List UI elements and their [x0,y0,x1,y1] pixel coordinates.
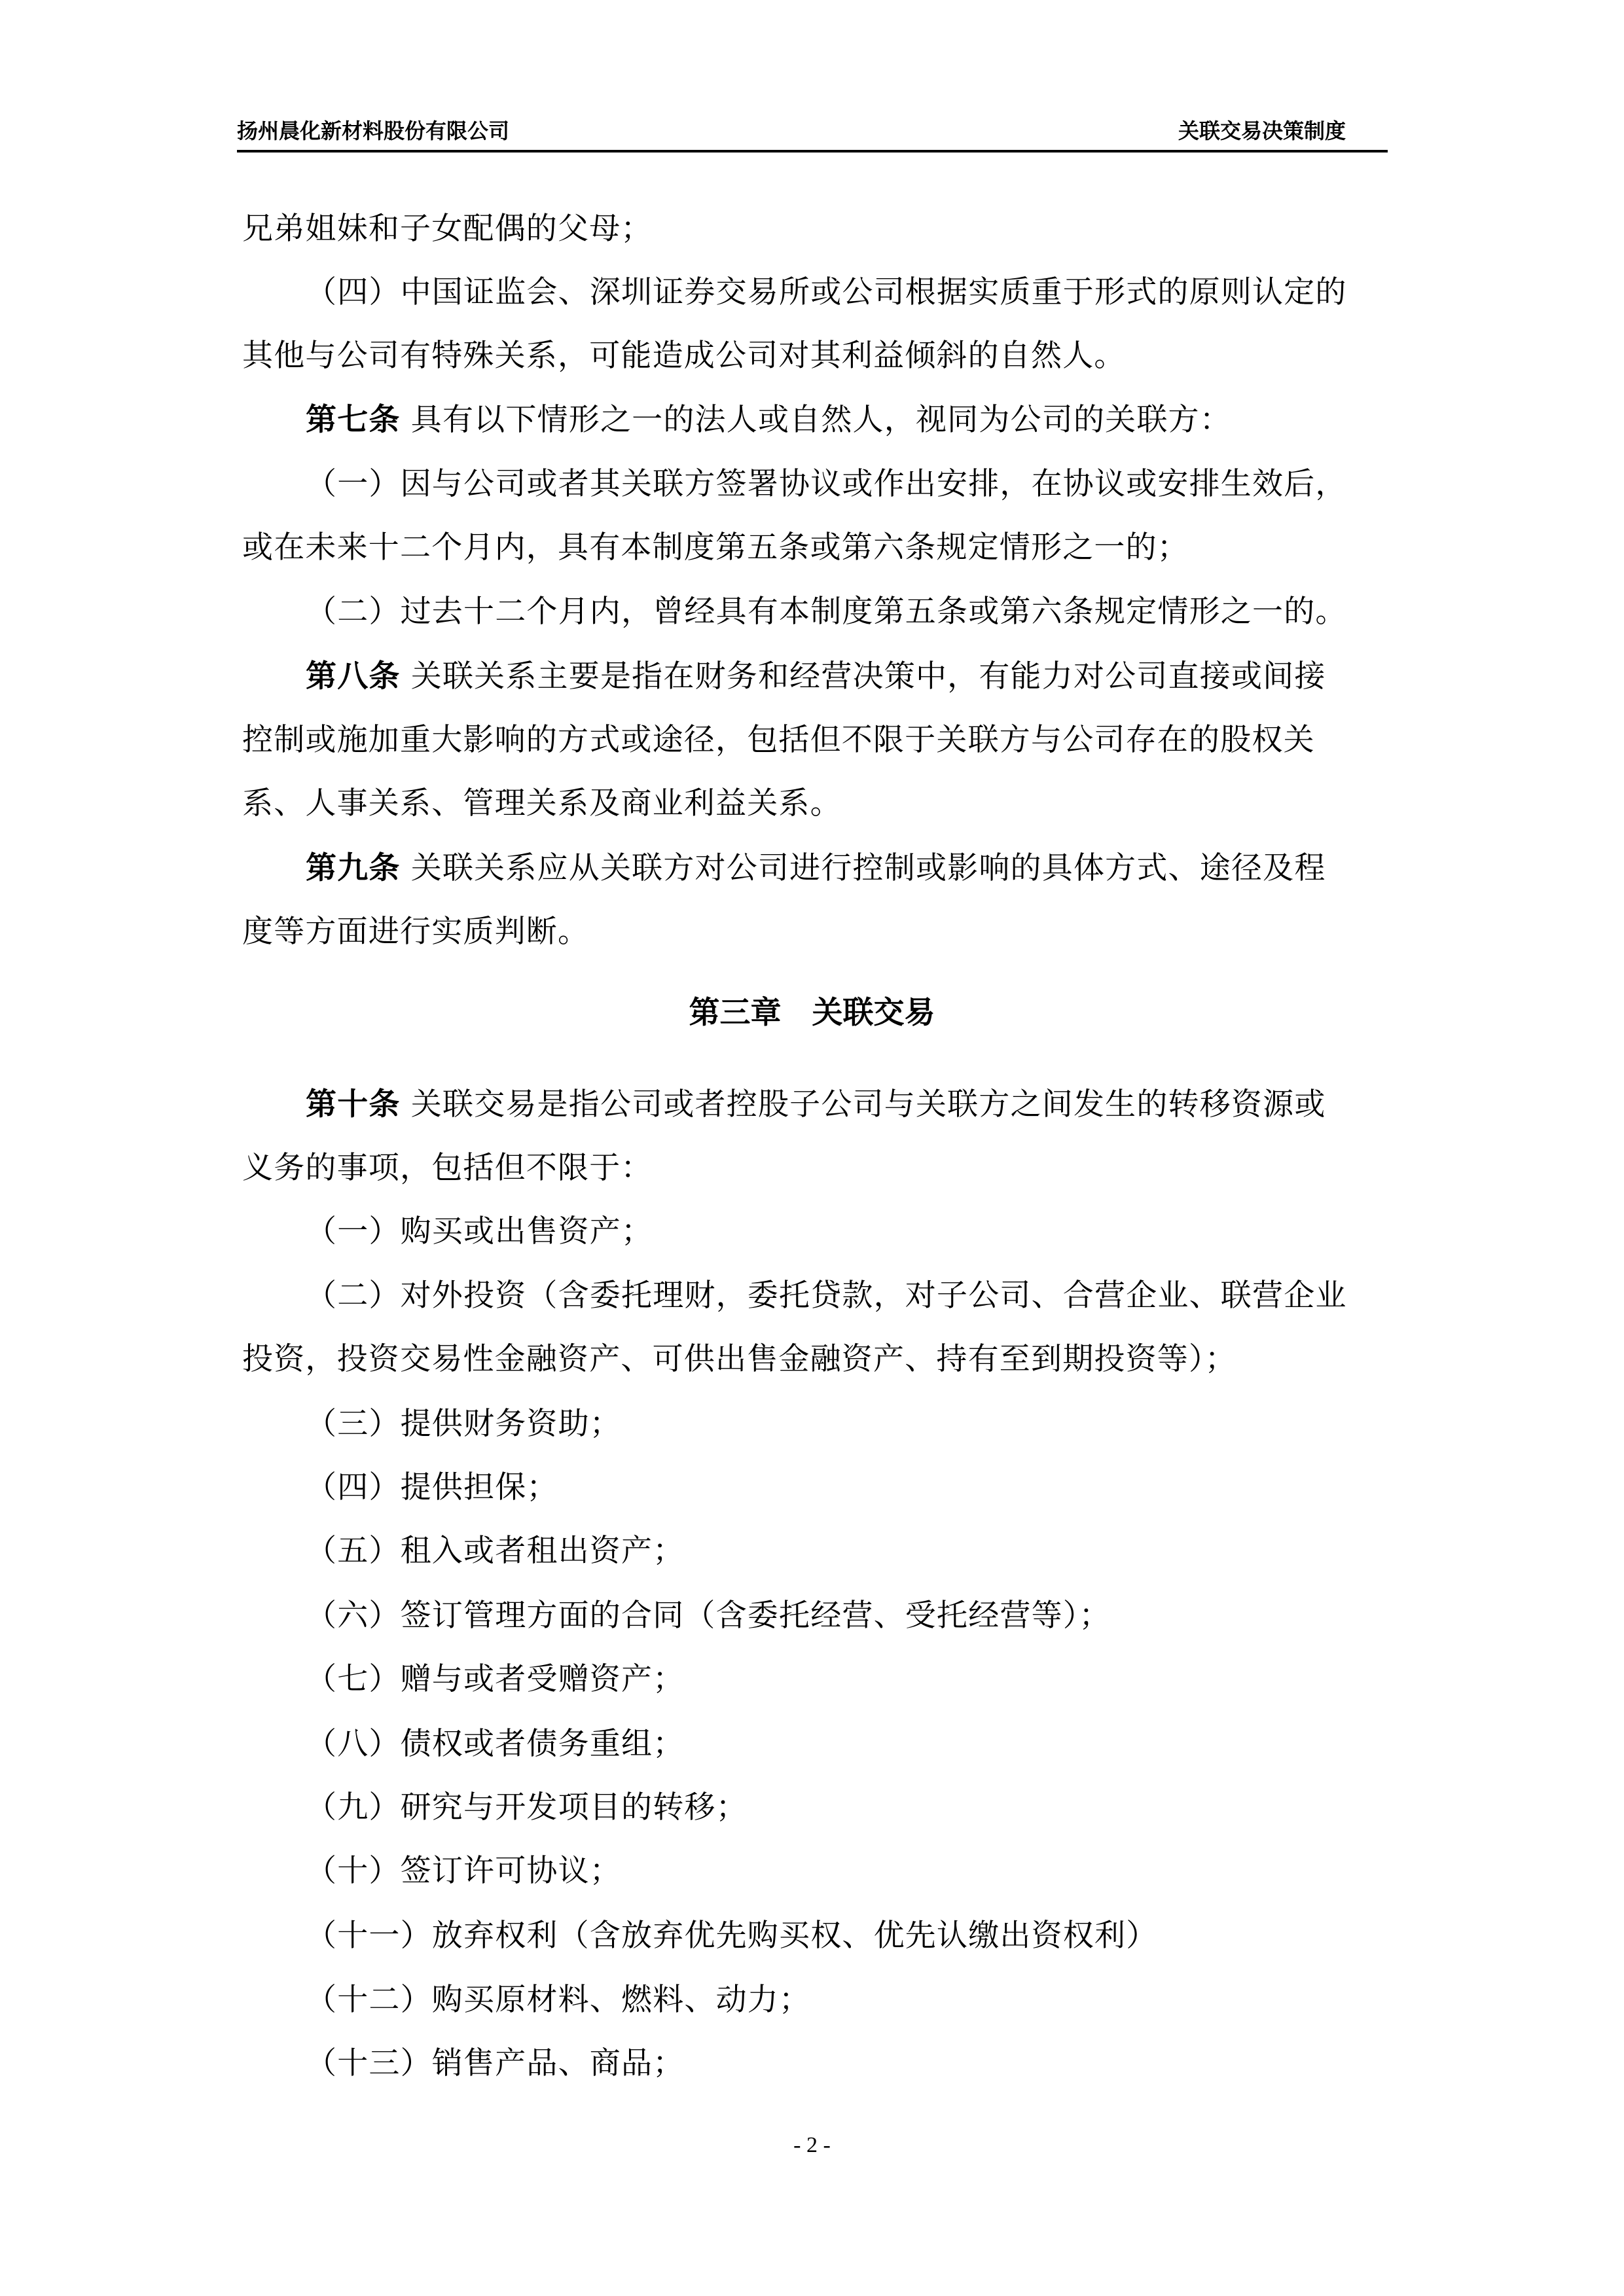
line-text: （八）债权或者债务重组； [306,1726,684,1762]
line-text: （六）签订管理方面的合同（含委托经营、受托经营等）； [306,1598,1111,1634]
paragraph-line: 兄弟姐妹和子女配偶的父母； [242,209,1384,249]
list-item: （十一）放弃权利（含放弃优先购买权、优先认缴出资权利） [242,1916,1384,1956]
paragraph-line: 度等方面进行实质判断。 [242,912,1384,952]
line-text: （四）提供担保； [306,1469,558,1505]
line-text: 系、人事关系、管理关系及商业利益关系。 [242,785,842,821]
list-item: （一）购买或出售资产； [242,1212,1384,1251]
line-text: 关联关系应从关联方对公司进行控制或影响的具体方式、途径及程 [401,850,1326,886]
line-text: 兄弟姐妹和子女配偶的父母； [242,211,653,247]
document-page: 扬州晨化新材料股份有限公司 关联交易决策制度 兄弟姐妹和子女配偶的父母； （四）… [0,0,1624,2296]
line-text: （五）租入或者租出资产； [306,1533,684,1569]
list-item: （六）签订管理方面的合同（含委托经营、受托经营等）； [242,1596,1384,1636]
line-text: 度等方面进行实质判断。 [242,914,589,950]
paragraph-line: （一）因与公司或者其关联方签署协议或作出安排，在协议或安排生效后， [242,465,1384,504]
page-number: - 2 - [0,2131,1624,2160]
list-item: （十）签订许可协议； [242,1852,1384,1891]
list-item: （十二）购买原材料、燃料、动力； [242,1981,1384,2020]
line-text: （一）购买或出售资产； [306,1213,653,1249]
header-document-title: 关联交易决策制度 [1178,117,1346,145]
header-divider [237,150,1388,152]
line-text: 投资，投资交易性金融资产、可供出售金融资产、持有至到期投资等）； [242,1341,1236,1377]
line-text: （九）研究与开发项目的转移； [306,1789,748,1825]
page-header: 扬州晨化新材料股份有限公司 关联交易决策制度 [237,117,1388,145]
article-7-line: 第七条 具有以下情形之一的法人或自然人，视同为公司的关联方： [242,401,1384,440]
paragraph-line: 义务的事项，包括但不限于： [242,1149,1384,1188]
line-text: （十二）购买原材料、燃料、动力； [306,1982,810,2018]
list-item: （八）债权或者债务重组； [242,1725,1384,1764]
article-number: 第八条 [306,658,401,694]
list-item: （七）赠与或者受赠资产； [242,1660,1384,1699]
paragraph-line: 其他与公司有特殊关系，可能造成公司对其利益倾斜的自然人。 [242,336,1384,376]
line-text: （十一）放弃权利（含放弃优先购买权、优先认缴出资权利） [306,1918,1157,1954]
article-9-line: 第九条 关联关系应从关联方对公司进行控制或影响的具体方式、途径及程 [242,849,1384,888]
paragraph-line: （四）中国证监会、深圳证券交易所或公司根据实质重于形式的原则认定的 [242,273,1384,312]
paragraph-line: 系、人事关系、管理关系及商业利益关系。 [242,784,1384,823]
paragraph-line: 投资，投资交易性金融资产、可供出售金融资产、持有至到期投资等）； [242,1340,1384,1379]
line-text: （二）对外投资（含委托理财，委托贷款，对子公司、合营企业、联营企业 [306,1278,1347,1314]
line-text: （四）中国证监会、深圳证券交易所或公司根据实质重于形式的原则认定的 [306,274,1347,310]
article-8-line: 第八条 关联关系主要是指在财务和经营决策中，有能力对公司直接或间接 [242,657,1384,696]
line-text: 具有以下情形之一的法人或自然人，视同为公司的关联方： [401,402,1231,438]
list-item: （十三）销售产品、商品； [242,2044,1384,2083]
article-10-line: 第十条 关联交易是指公司或者控股子公司与关联方之间发生的转移资源或 [242,1085,1384,1124]
line-text: （七）赠与或者受赠资产； [306,1661,684,1697]
paragraph-line: 控制或施加重大影响的方式或途径，包括但不限于关联方与公司存在的股权关 [242,721,1384,760]
list-item: （九）研究与开发项目的转移； [242,1788,1384,1827]
list-item: （三）提供财务资助； [242,1405,1384,1444]
header-company-name: 扬州晨化新材料股份有限公司 [237,117,509,145]
chapter-heading: 第三章 关联交易 [0,994,1624,1033]
line-text: 关联交易是指公司或者控股子公司与关联方之间发生的转移资源或 [401,1086,1326,1122]
line-text: 关联关系主要是指在财务和经营决策中，有能力对公司直接或间接 [401,658,1326,694]
article-number: 第九条 [306,850,401,886]
line-text: （十）签订许可协议； [306,1853,621,1889]
line-text: （三）提供财务资助； [306,1406,621,1442]
article-number: 第七条 [306,402,401,438]
paragraph-line: 或在未来十二个月内，具有本制度第五条或第六条规定情形之一的； [242,528,1384,567]
line-text: 其他与公司有特殊关系，可能造成公司对其利益倾斜的自然人。 [242,338,1126,374]
paragraph-line: （二）过去十二个月内，曾经具有本制度第五条或第六条规定情形之一的。 [242,592,1384,632]
article-number: 第十条 [306,1086,401,1122]
line-text: （一）因与公司或者其关联方签署协议或作出安排，在协议或安排生效后， [306,466,1347,502]
list-item: （二）对外投资（含委托理财，委托贷款，对子公司、合营企业、联营企业 [242,1276,1384,1316]
line-text: 控制或施加重大影响的方式或途径，包括但不限于关联方与公司存在的股权关 [242,722,1315,758]
list-item: （五）租入或者租出资产； [242,1532,1384,1571]
list-item: （四）提供担保； [242,1468,1384,1507]
line-text: 或在未来十二个月内，具有本制度第五条或第六条规定情形之一的； [242,529,1189,565]
line-text: （二）过去十二个月内，曾经具有本制度第五条或第六条规定情形之一的。 [306,594,1347,630]
line-text: （十三）销售产品、商品； [306,2045,684,2081]
line-text: 义务的事项，包括但不限于： [242,1150,653,1186]
